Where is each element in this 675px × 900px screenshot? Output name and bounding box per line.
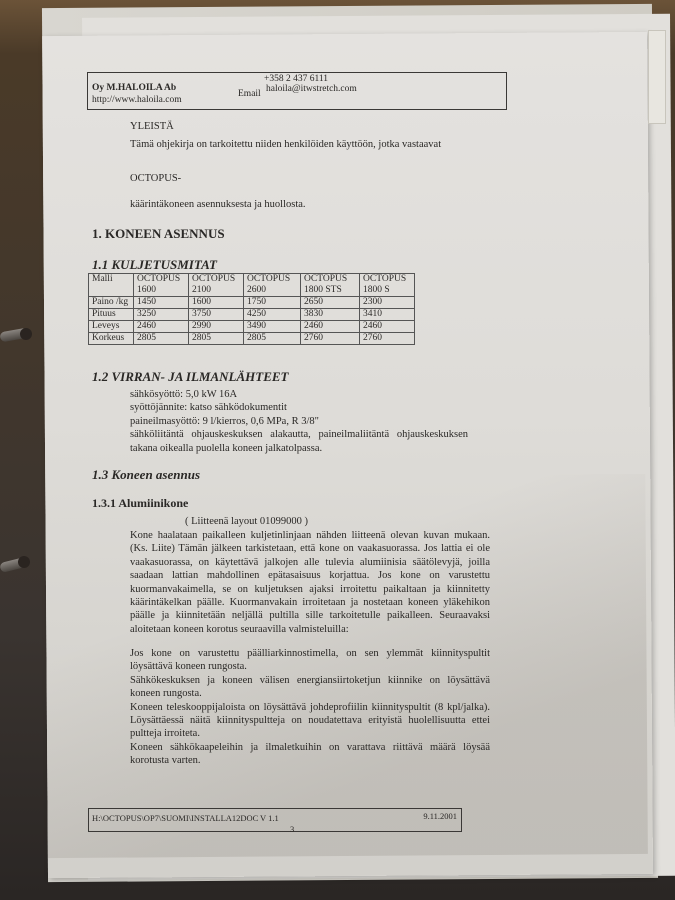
table-cell: 2650 xyxy=(301,297,360,309)
table-row: Leveys 2460 2990 3490 2460 2460 xyxy=(89,321,415,333)
power-supply-line: sähkösyöttö: 5,0 kW 16A xyxy=(130,388,468,401)
company-email: haloila@itwstretch.com xyxy=(266,84,357,94)
table-cell: 3250 xyxy=(134,309,189,321)
intro-line-3: käärintäkoneen asennuksesta ja huollosta… xyxy=(130,199,306,210)
company-url: http://www.haloila.com xyxy=(92,95,182,105)
connection-line: sähköliitäntä ohjauskeskuksen alakautta,… xyxy=(130,428,468,455)
step-item: Sähkökeskuksen ja koneen välisen energia… xyxy=(130,674,490,701)
document-date: 9.11.2001 xyxy=(423,811,457,821)
table-cell: 2300 xyxy=(360,297,415,309)
table-header-row: Malli OCTOPUS 1600 OCTOPUS 2100 OCTOPUS … xyxy=(89,274,415,297)
company-phone: +358 2 437 6111 xyxy=(264,74,328,84)
document-version: V 1.1 xyxy=(260,813,279,823)
table-cell: 3410 xyxy=(360,309,415,321)
table-row: Korkeus 2805 2805 2805 2760 2760 xyxy=(89,333,415,345)
document-header: Oy M.HALOILA Ab http://www.haloila.com +… xyxy=(87,72,507,110)
email-label: Email xyxy=(238,89,261,99)
intro-heading: YLEISTÄ xyxy=(130,121,174,132)
table-header-cell: OCTOPUS 2600 xyxy=(244,274,301,297)
table-cell: 2990 xyxy=(189,321,244,333)
table-cell: 4250 xyxy=(244,309,301,321)
document-content: Oy M.HALOILA Ab http://www.haloila.com +… xyxy=(0,0,675,900)
preparation-steps: Jos kone on varustettu päälliarkinnostim… xyxy=(130,647,490,768)
table-cell: 3490 xyxy=(244,321,301,333)
compressed-air-line: paineilmasyöttö: 9 l/kierros, 0,6 MPa, R… xyxy=(130,415,468,428)
table-cell: 2760 xyxy=(301,333,360,345)
document-footer: H:\OCTOPUS\OP7\SUOMI\INSTALLA12DOC V 1.1… xyxy=(88,808,462,832)
table-cell: 2805 xyxy=(189,333,244,345)
company-name: Oy M.HALOILA Ab xyxy=(92,83,176,93)
voltage-line: syöttöjännite: katso sähködokumentit xyxy=(130,401,468,414)
section-1-3-1-title: 1.3.1 Alumiinikone xyxy=(92,496,188,511)
table-cell: 2760 xyxy=(360,333,415,345)
step-item: Jos kone on varustettu päälliarkinnostim… xyxy=(130,647,490,674)
table-header-cell: OCTOPUS 1800 STS xyxy=(301,274,360,297)
table-header-cell: OCTOPUS 1600 xyxy=(134,274,189,297)
section-1-title: 1. KONEEN ASENNUS xyxy=(92,226,225,242)
table-header-cell: Malli xyxy=(89,274,134,297)
transport-dimensions-table: Malli OCTOPUS 1600 OCTOPUS 2100 OCTOPUS … xyxy=(88,273,415,345)
power-air-supply: sähkösyöttö: 5,0 kW 16A syöttöjännite: k… xyxy=(130,388,468,455)
table-cell: 1750 xyxy=(244,297,301,309)
table-row: Paino /kg 1450 1600 1750 2650 2300 xyxy=(89,297,415,309)
step-item: Koneen sähkökaapeleihin ja ilmaletkuihin… xyxy=(130,741,490,768)
file-path: H:\OCTOPUS\OP7\SUOMI\INSTALLA12DOC xyxy=(92,813,258,823)
table-cell: 2805 xyxy=(134,333,189,345)
table-cell: 3750 xyxy=(189,309,244,321)
table-cell: 3830 xyxy=(301,309,360,321)
installation-paragraph: Kone haalataan paikalleen kuljetinlinjaa… xyxy=(130,529,490,636)
table-cell: 2460 xyxy=(134,321,189,333)
table-cell: Pituus xyxy=(89,309,134,321)
table-cell: 1600 xyxy=(189,297,244,309)
table-cell: Paino /kg xyxy=(89,297,134,309)
table-cell: Leveys xyxy=(89,321,134,333)
table-cell: 2805 xyxy=(244,333,301,345)
table-cell: Korkeus xyxy=(89,333,134,345)
table-cell: 2460 xyxy=(360,321,415,333)
layout-attachment-note: ( Liitteenä layout 01099000 ) xyxy=(185,516,308,527)
intro-line-1: Tämä ohjekirja on tarkoitettu niiden hen… xyxy=(130,139,441,150)
step-item: Koneen teleskooppijaloista on löysättävä… xyxy=(130,701,490,741)
table-header-cell: OCTOPUS 1800 S xyxy=(360,274,415,297)
section-1-3-title: 1.3 Koneen asennus xyxy=(92,467,200,483)
table-row: Pituus 3250 3750 4250 3830 3410 xyxy=(89,309,415,321)
table-header-cell: OCTOPUS 2100 xyxy=(189,274,244,297)
section-1-1-title: 1.1 KULJETUSMITAT xyxy=(92,257,217,273)
section-1-2-title: 1.2 VIRRAN- JA ILMANLÄHTEET xyxy=(92,369,288,385)
page-number: 3 xyxy=(290,824,294,834)
table-cell: 1450 xyxy=(134,297,189,309)
table-cell: 2460 xyxy=(301,321,360,333)
intro-line-2: OCTOPUS- xyxy=(130,173,181,184)
